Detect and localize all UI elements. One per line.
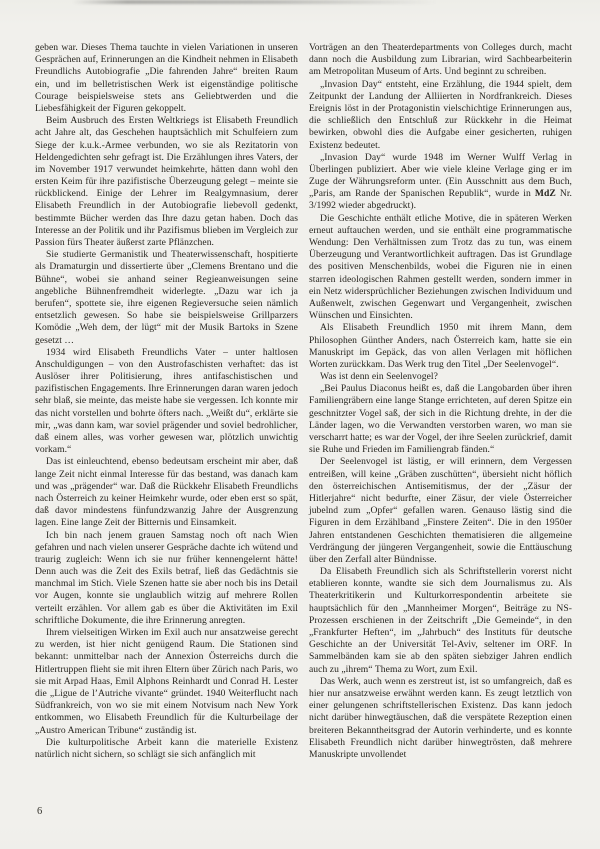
page-number: 6	[37, 806, 42, 817]
paragraph: Was ist denn ein Seelenvogel?	[309, 371, 572, 383]
paragraph: Ihrem vielseitigen Wirken im Exil auch n…	[35, 627, 298, 737]
scanned-book-page: geben war. Dieses Thema tauchte in viele…	[0, 0, 600, 849]
paragraph: geben war. Dieses Thema tauchte in viele…	[35, 42, 298, 115]
paragraph: Als Elisabeth Freundlich 1950 mit ihrem …	[309, 322, 572, 371]
scan-edge-artifact	[72, 0, 437, 4]
paragraph: Das ist einleuchtend, ebenso bedeutsam e…	[35, 456, 298, 529]
text-column-right: Vorträgen an den Theaterdepartments von …	[309, 42, 572, 761]
paragraph: Da Elisabeth Freundlich sich als Schrift…	[309, 566, 572, 676]
paragraph: 1934 wird Elisabeth Freundlichs Vater – …	[35, 347, 298, 457]
paragraph: Die Geschichte enthält etliche Motive, d…	[309, 213, 572, 323]
paragraph: „Bei Paulus Diaconus heißt es, daß die L…	[309, 383, 572, 456]
paragraph: Der Seelenvogel ist lästig, er will erin…	[309, 456, 572, 566]
paragraph: Ich bin nach jenem grauen Samstag noch o…	[35, 530, 298, 628]
paragraph: Vorträgen an den Theaterdepartments von …	[309, 42, 572, 79]
paragraph: Beim Ausbruch des Ersten Weltkriegs ist …	[35, 115, 298, 249]
paragraph: „Invasion Day“ entsteht, eine Erzählung,…	[309, 79, 572, 152]
paragraph: „Invasion Day“ wurde 1948 im Werner Wulf…	[309, 152, 572, 213]
paragraph: Das Werk, auch wenn es zerstreut ist, is…	[309, 676, 572, 761]
paragraph: Die kulturpolitische Arbeit kann die mat…	[35, 737, 298, 761]
text-column-left: geben war. Dieses Thema tauchte in viele…	[35, 42, 298, 761]
paragraph: Sie studierte Germanistik und Theaterwis…	[35, 249, 298, 347]
